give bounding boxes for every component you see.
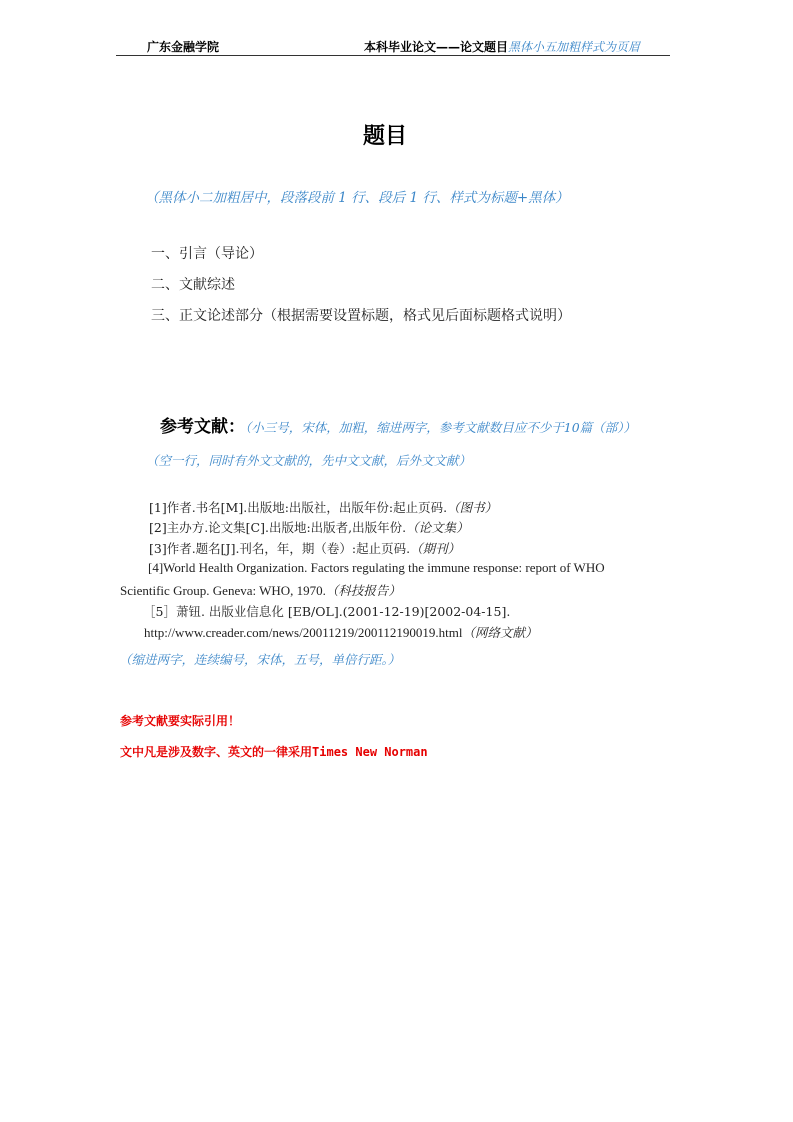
references-sub-note: （空一行，同时有外文文献的，先中文文献，后外文文献）	[146, 451, 471, 469]
reference-type: （网络文献）	[462, 625, 537, 640]
reference-item-line1: [4]World Health Organization. Factors re…	[148, 560, 605, 576]
reference-item: [1]作者.书名[M].出版地:出版社，出版年份:起止页码.（图书）	[149, 498, 497, 516]
references-heading-note: （小三号，宋体，加粗，缩进两字，参考文献数目应不少于10篇（部））	[245, 420, 636, 435]
reference-url: http://www.creader.com/news/20011219/200…	[144, 625, 462, 640]
warning-cite-references: 参考文献要实际引用！	[120, 712, 240, 729]
outline-item-intro: 一、引言（导论）	[151, 243, 263, 263]
reference-item: [2]主办方.论文集[C].出版地:出版者,出版年份.（论文集）	[149, 518, 469, 536]
reference-item: [3]作者.题名[J].刊名，年，期（卷）:起止页码.（期刊）	[149, 539, 460, 557]
reference-item-line2: http://www.creader.com/news/20011219/200…	[144, 623, 537, 641]
reference-type: （图书）	[447, 500, 497, 515]
page-title: 题目	[363, 119, 407, 150]
references-heading: 参考文献：	[160, 417, 245, 437]
reference-item-line1: ［5］萧钮. 出版业信息化 [EB/OL].(2001-12-19)[2002-…	[143, 602, 510, 620]
header-divider	[116, 55, 670, 56]
title-format-note: （黑体小二加粗居中，段落段前 1 行、段后 1 行、样式为标题+黑体）	[145, 186, 569, 206]
reference-type: （科技报告）	[326, 583, 401, 598]
reference-type: （论文集）	[406, 520, 469, 535]
reference-item-line2: Scientific Group. Geneva: WHO, 1970.（科技报…	[120, 581, 401, 599]
outline-item-body: 三、正文论述部分（根据需要设置标题，格式见后面标题格式说明）	[151, 305, 571, 325]
reference-type: （期刊）	[410, 541, 460, 556]
references-format-note: （缩进两字，连续编号，宋体，五号，单倍行距。）	[119, 650, 400, 668]
warning-font-rule: 文中凡是涉及数字、英文的一律采用Times New Norman	[120, 743, 428, 760]
header-school-name: 广东金融学院	[147, 38, 219, 55]
header-style-note: 黑体小五加粗样式为页眉	[508, 40, 640, 54]
header-thesis-title: 本科毕业论文——论文题目	[364, 40, 508, 54]
header-right: 本科毕业论文——论文题目黑体小五加粗样式为页眉	[364, 38, 640, 55]
outline-item-literature: 二、文献综述	[151, 274, 235, 294]
references-heading-row: 参考文献：（小三号，宋体，加粗，缩进两字，参考文献数目应不少于10篇（部））	[160, 412, 636, 437]
